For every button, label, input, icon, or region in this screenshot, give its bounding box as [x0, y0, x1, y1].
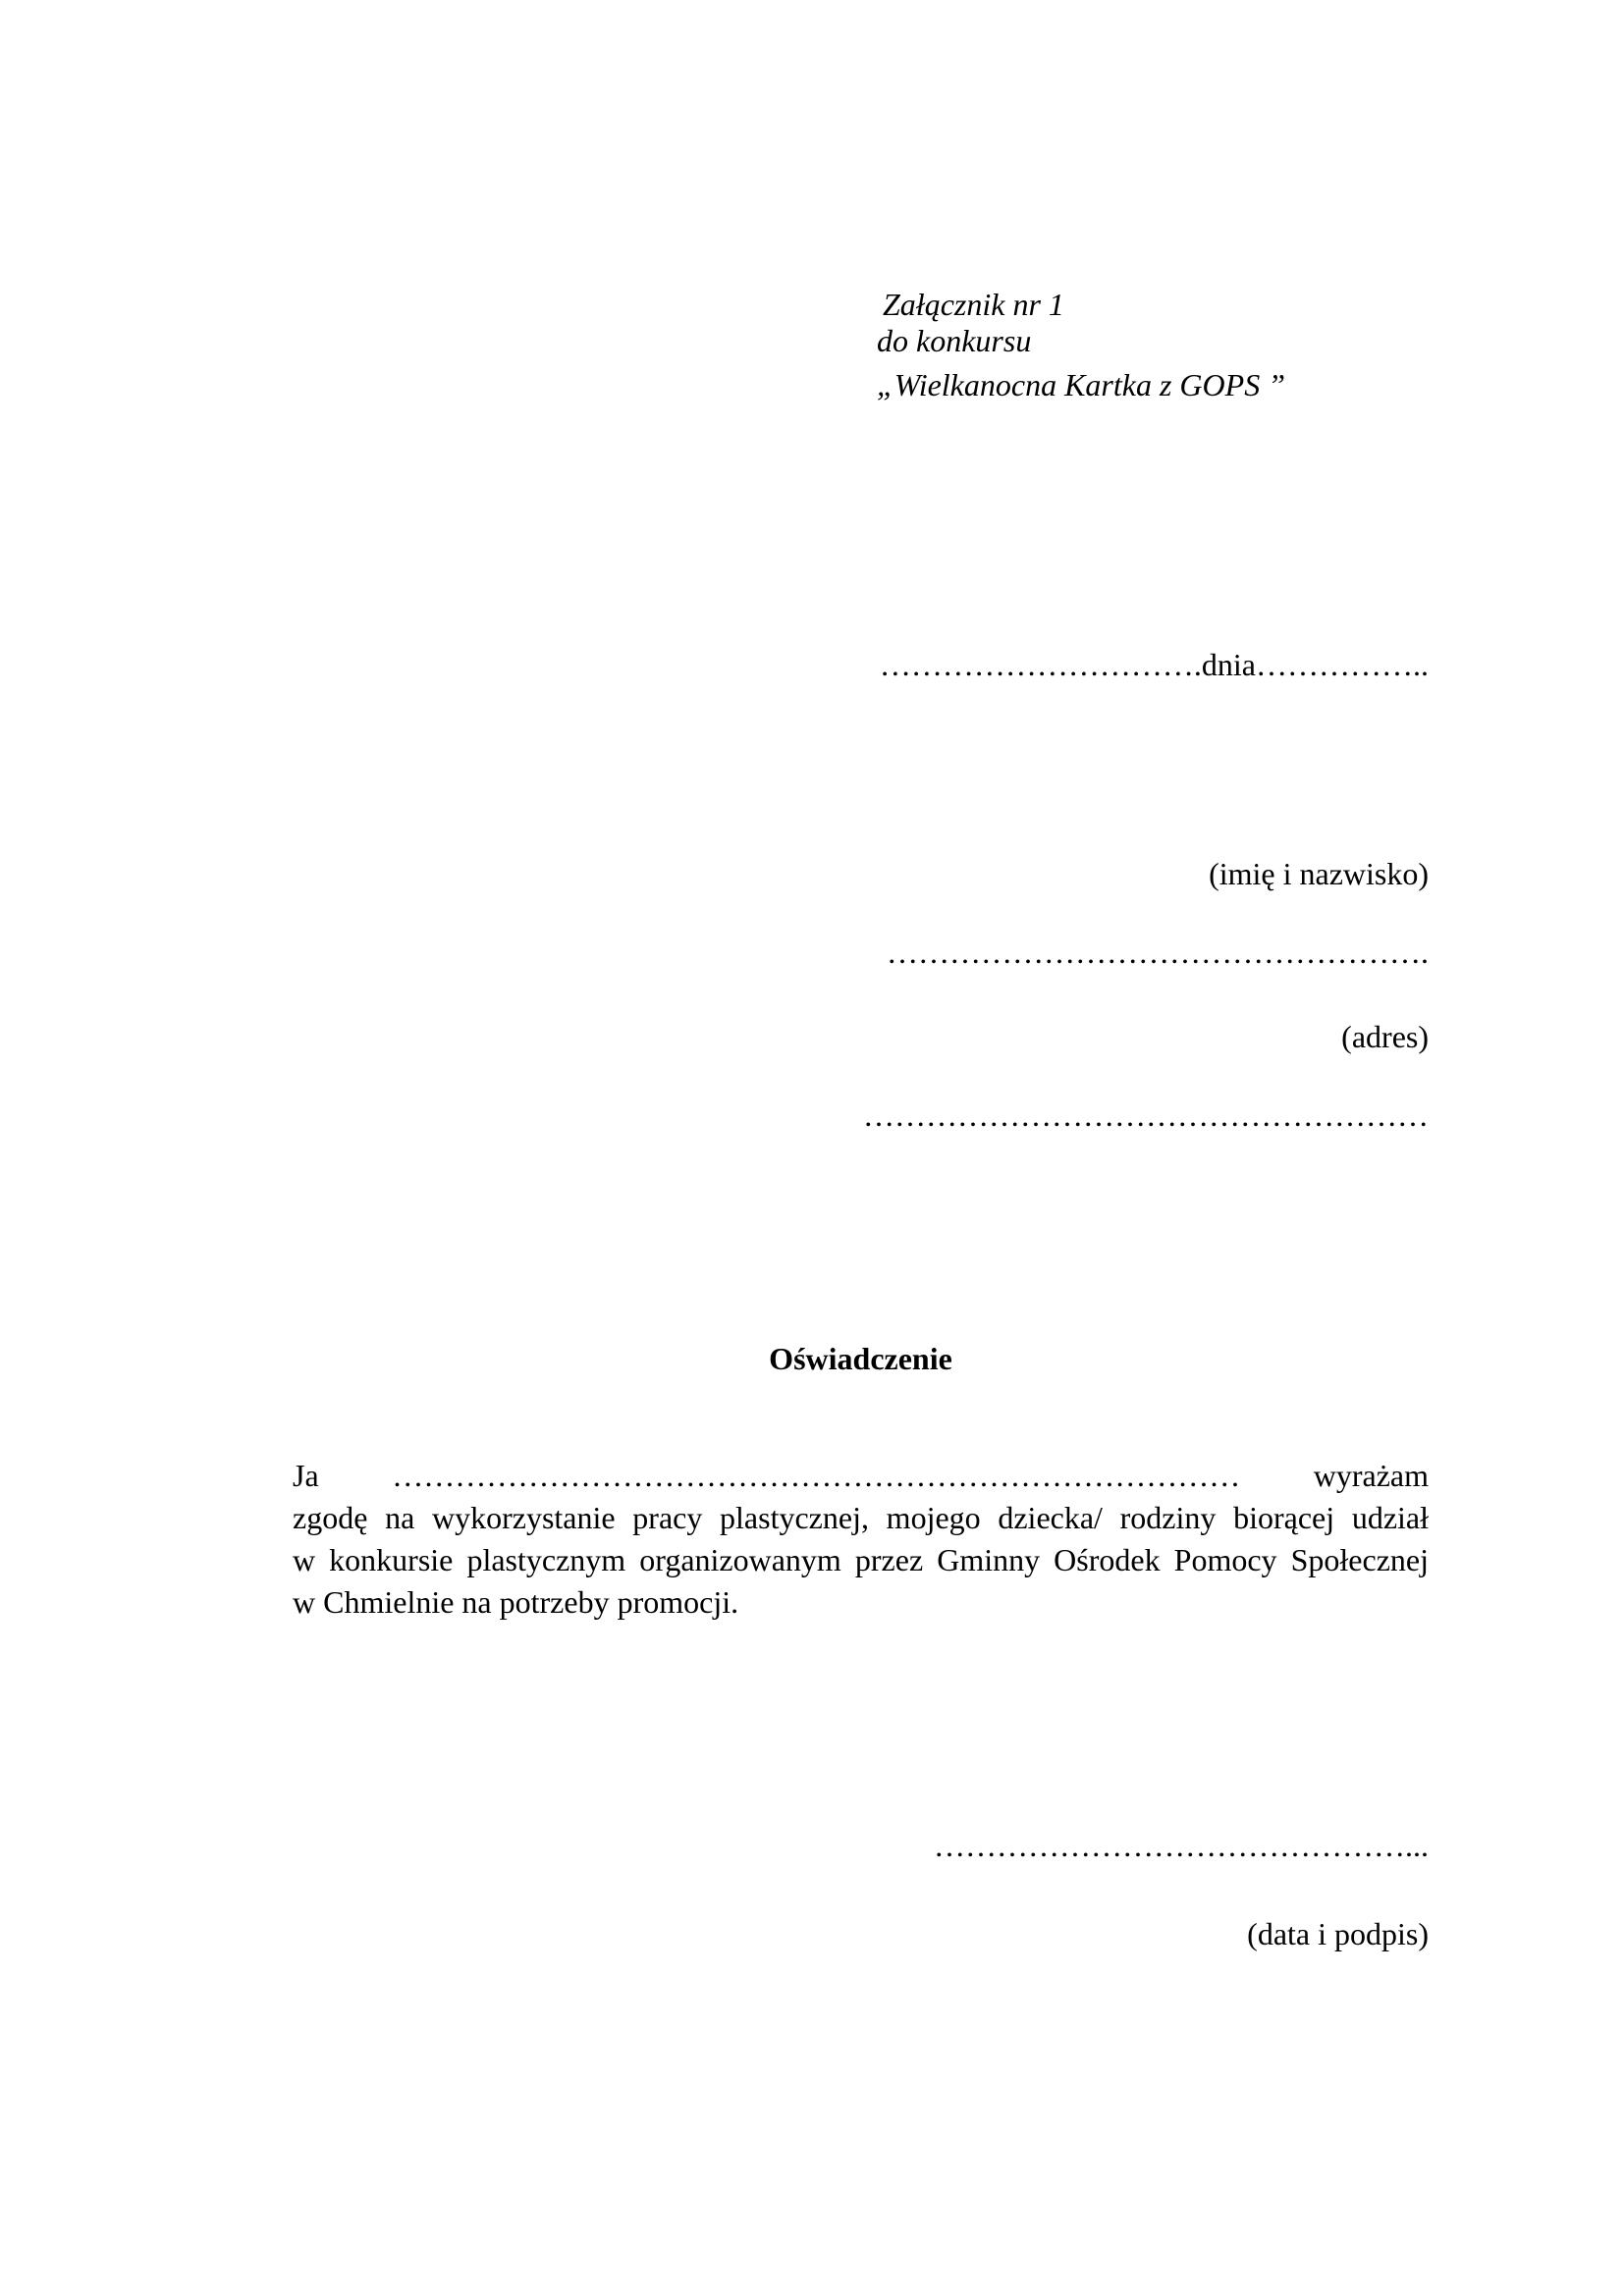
statement-paragraph: Ja ……………………………………………………………………… wyrażam z… [293, 1455, 1429, 1624]
signature-field[interactable]: ………………………………………... [934, 1830, 1429, 1861]
statement-name-blank[interactable]: ……………………………………………………………………… [392, 1455, 1240, 1497]
attachment-number: Załącznik nr 1 [883, 289, 1064, 320]
name-field[interactable]: ……………………………………………. [887, 936, 1429, 968]
place-date-field[interactable]: ………………………….dnia…………….. [880, 649, 1429, 680]
statement-ja: Ja [293, 1455, 319, 1497]
statement-line-4: w Chmielnie na potrzeby promocji. [293, 1581, 1429, 1624]
document-title: Oświadczenie [293, 1343, 1429, 1374]
statement-verb: wyrażam [1314, 1455, 1429, 1497]
statement-line-3: w konkursie plastycznym organizowanym pr… [293, 1539, 1429, 1581]
address-field[interactable]: ……………………………………………… [863, 1099, 1429, 1131]
name-label: (imię i nazwisko) [1209, 858, 1429, 889]
attachment-contest-label: do konkursu [877, 325, 1031, 356]
address-label: (adres) [1341, 1021, 1429, 1052]
signature-label: (data i podpis) [1247, 1918, 1429, 1949]
attachment-contest-name: „Wielkanocna Kartka z GOPS ” [877, 369, 1285, 400]
statement-line-1: Ja ……………………………………………………………………… wyrażam [293, 1455, 1429, 1497]
statement-line-2: zgodę na wykorzystanie pracy plastycznej… [293, 1497, 1429, 1539]
